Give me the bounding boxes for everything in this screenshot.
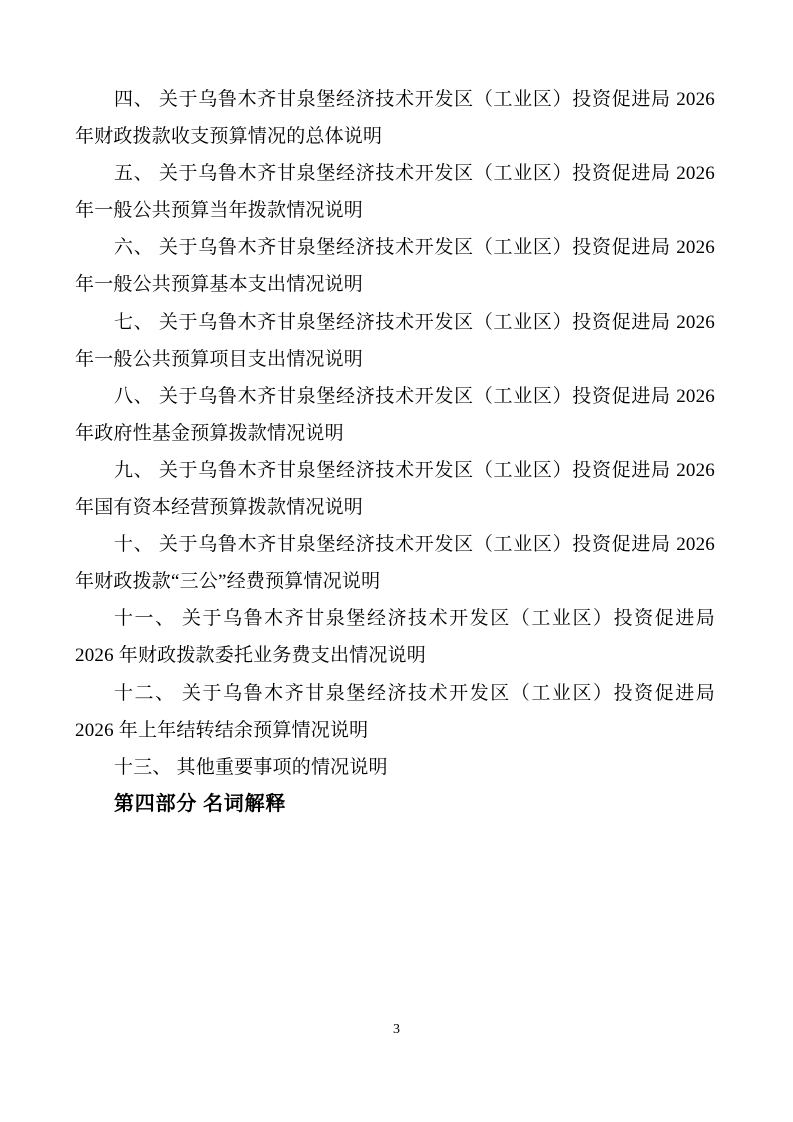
toc-item: 十二、 关于乌鲁木齐甘泉堡经济技术开发区（工业区）投资促进局 2026 年上年结… <box>75 675 715 749</box>
toc-item: 十三、 其他重要事项的情况说明 <box>75 749 715 786</box>
toc-item: 七、 关于乌鲁木齐甘泉堡经济技术开发区（工业区）投资促进局 2026 年一般公共… <box>75 304 715 378</box>
page-number: 3 <box>0 1020 793 1040</box>
section-heading: 第四部分 名词解释 <box>75 786 715 823</box>
toc-item: 十、 关于乌鲁木齐甘泉堡经济技术开发区（工业区）投资促进局 2026 年财政拨款… <box>75 526 715 600</box>
toc-item: 十一、 关于乌鲁木齐甘泉堡经济技术开发区（工业区）投资促进局 2026 年财政拨… <box>75 600 715 674</box>
toc-item: 六、 关于乌鲁木齐甘泉堡经济技术开发区（工业区）投资促进局 2026 年一般公共… <box>75 229 715 303</box>
document-page: 四、 关于乌鲁木齐甘泉堡经济技术开发区（工业区）投资促进局 2026 年财政拨款… <box>0 0 793 1122</box>
toc-item: 九、 关于乌鲁木齐甘泉堡经济技术开发区（工业区）投资促进局 2026 年国有资本… <box>75 452 715 526</box>
toc-item: 五、 关于乌鲁木齐甘泉堡经济技术开发区（工业区）投资促进局 2026 年一般公共… <box>75 155 715 229</box>
toc-item: 八、 关于乌鲁木齐甘泉堡经济技术开发区（工业区）投资促进局 2026 年政府性基… <box>75 378 715 452</box>
toc-content: 四、 关于乌鲁木齐甘泉堡经济技术开发区（工业区）投资促进局 2026 年财政拨款… <box>75 81 715 823</box>
toc-item: 四、 关于乌鲁木齐甘泉堡经济技术开发区（工业区）投资促进局 2026 年财政拨款… <box>75 81 715 155</box>
